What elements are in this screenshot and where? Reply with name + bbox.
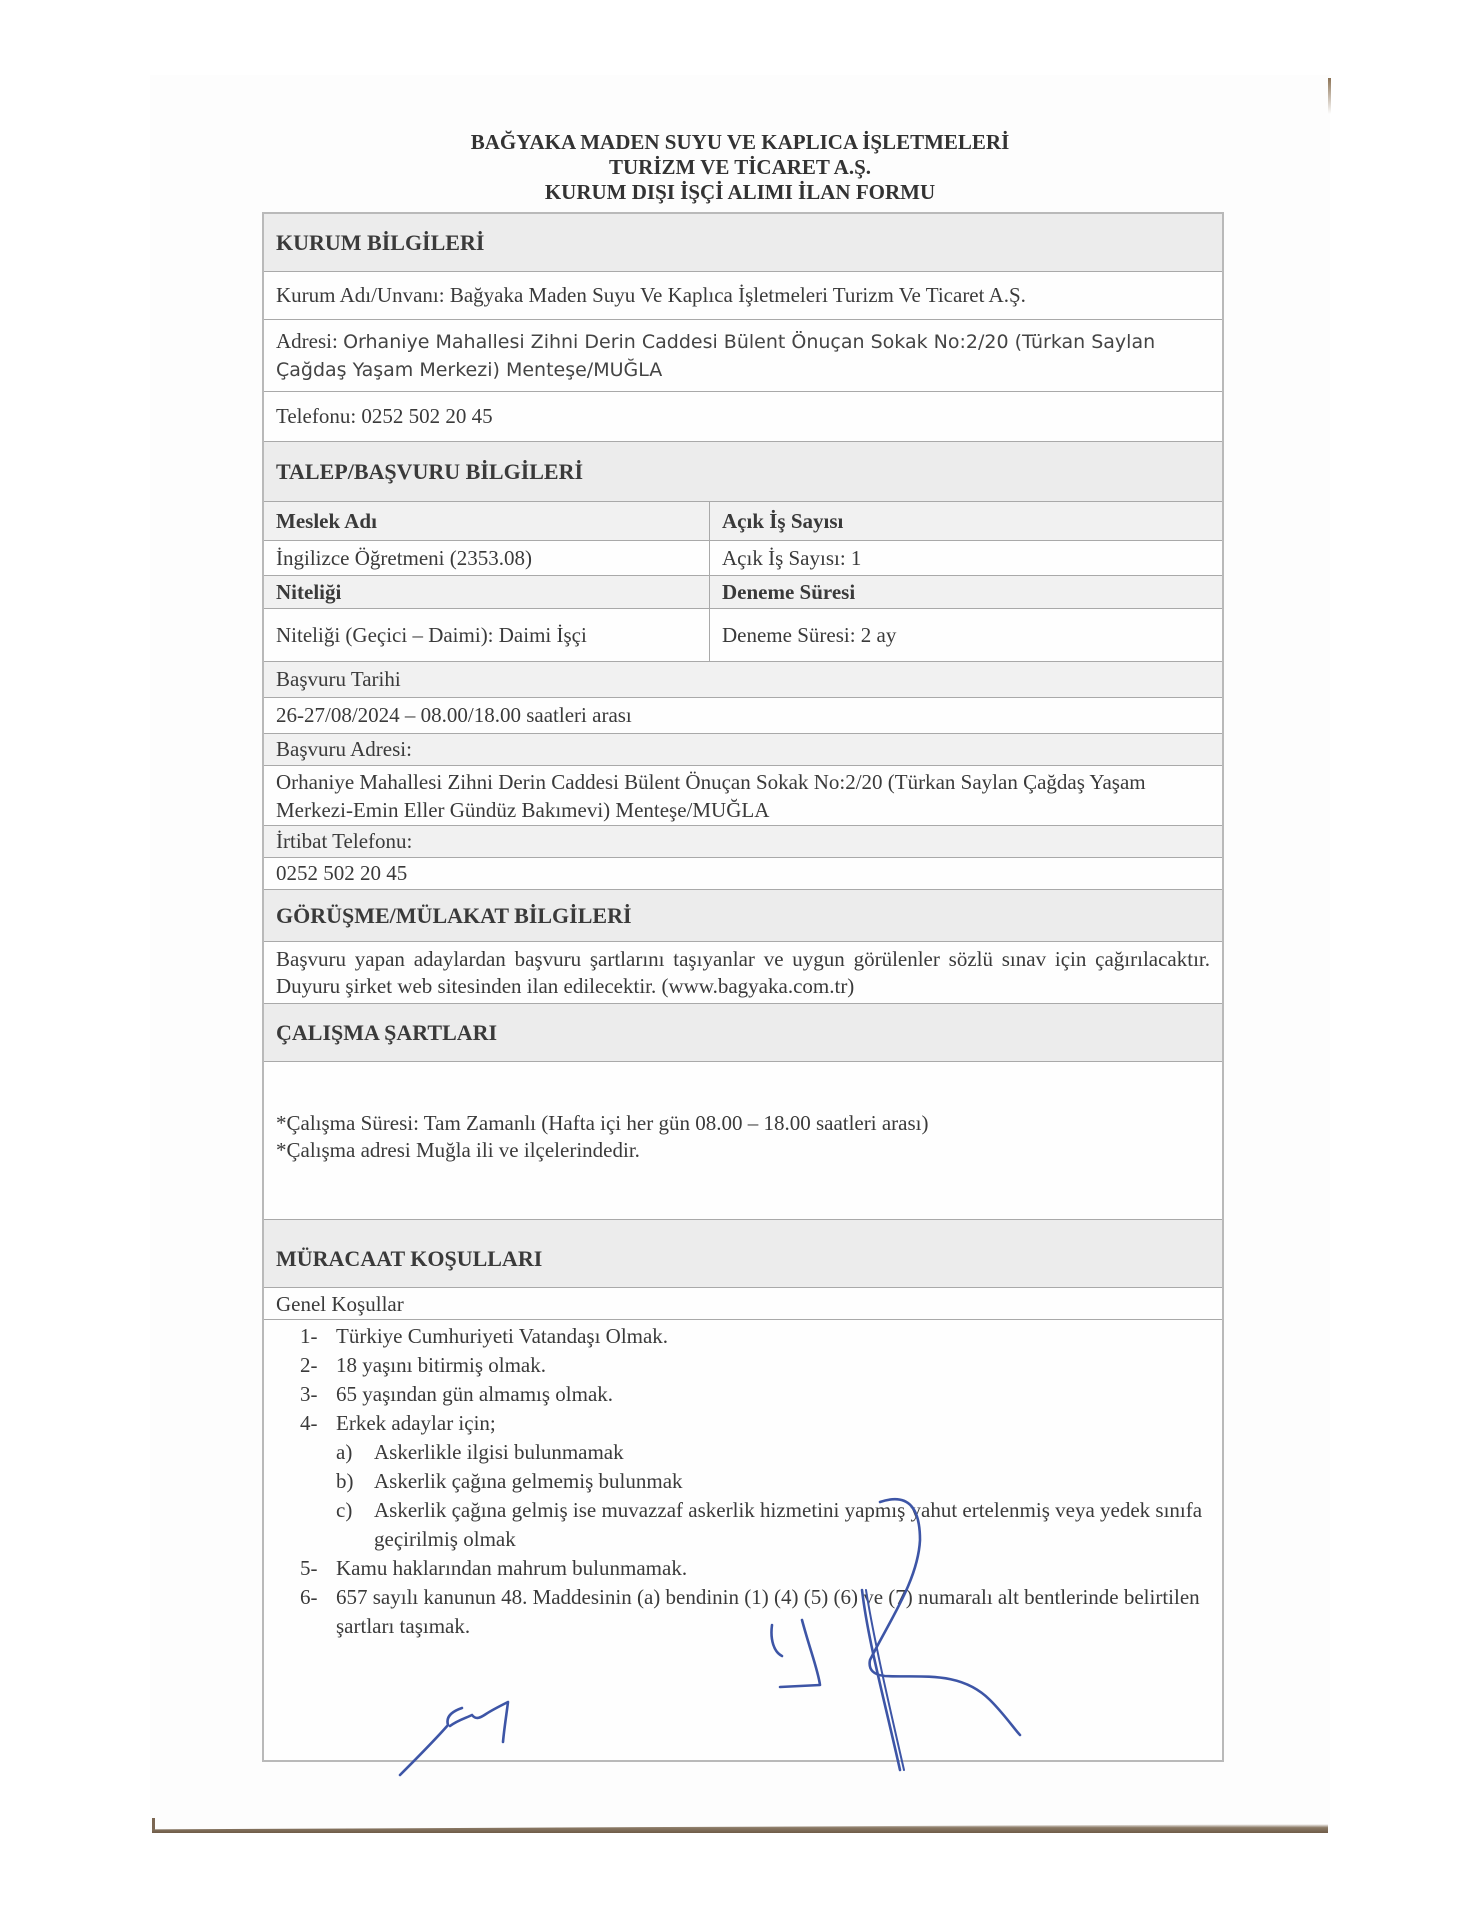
condition-item: 5-Kamu haklarından mahrum bulunmamak. [264, 1554, 1210, 1583]
military-subconditions: a)Askerlikle ilgisi bulunmamak b)Askerli… [264, 1438, 1210, 1554]
section-header-kurum: KURUM BİLGİLERİ [264, 214, 1222, 272]
value-deneme: Deneme Süresi: 2 ay [710, 609, 1222, 661]
section-header-muracaat: MÜRACAAT KOŞULLARI [264, 1220, 1222, 1288]
subcondition-item: b)Askerlik çağına gelmemiş bulunmak [264, 1467, 1210, 1496]
row-nitelik-deneme-values: Niteliği (Geçici – Daimi): Daimi İşçi De… [264, 609, 1222, 662]
address-label: Adresi: [276, 329, 343, 353]
label-acik-is: Açık İş Sayısı [710, 502, 1222, 540]
general-conditions-continued: 5-Kamu haklarından mahrum bulunmamak. 6-… [264, 1554, 1210, 1641]
label-irtibat-telefonu: İrtibat Telefonu: [264, 826, 1222, 858]
row-meslek-acik-values: İngilizce Öğretmeni (2353.08) Açık İş Sa… [264, 541, 1222, 576]
value-basvuru-tarihi: 26-27/08/2024 – 08.00/18.00 saatleri ara… [264, 698, 1222, 734]
section-header-gorusme: GÖRÜŞME/MÜLAKAT BİLGİLERİ [264, 890, 1222, 942]
working-hours: *Çalışma Süresi: Tam Zamanlı (Hafta içi … [276, 1110, 1210, 1137]
row-meslek-acik-headers: Meslek Adı Açık İş Sayısı [264, 502, 1222, 541]
value-meslek: İngilizce Öğretmeni (2353.08) [264, 541, 710, 575]
label-meslek: Meslek Adı [264, 502, 710, 540]
subcondition-item: a)Askerlikle ilgisi bulunmamak [264, 1438, 1210, 1467]
section-header-talep: TALEP/BAŞVURU BİLGİLERİ [264, 442, 1222, 502]
institution-name: Kurum Adı/Unvanı: Bağyaka Maden Suyu Ve … [264, 272, 1222, 320]
label-nitelik: Niteliği [264, 576, 710, 608]
label-basvuru-tarihi: Başvuru Tarihi [264, 662, 1222, 698]
address-value: Orhaniye Mahallesi Zihni Derin Caddesi B… [276, 331, 1155, 381]
condition-item: 6-657 sayılı kanunun 48. Maddesinin (a) … [264, 1583, 1210, 1641]
title-line-3: KURUM DIŞI İŞÇİ ALIMI İLAN FORMU [260, 180, 1220, 205]
condition-item: 4-Erkek adaylar için; [264, 1409, 1210, 1438]
working-location: *Çalışma adresi Muğla ili ve ilçelerinde… [276, 1137, 1210, 1164]
subcondition-item: c)Askerlik çağına gelmiş ise muvazzaf as… [264, 1496, 1210, 1554]
condition-item: 2-18 yaşını bitirmiş olmak. [264, 1351, 1210, 1380]
label-deneme: Deneme Süresi [710, 576, 1222, 608]
page-corner-mark [1328, 78, 1331, 114]
value-basvuru-adresi: Orhaniye Mahallesi Zihni Derin Caddesi B… [264, 766, 1222, 826]
job-posting-form: KURUM BİLGİLERİ Kurum Adı/Unvanı: Bağyak… [262, 212, 1224, 1762]
label-genel-kosullar: Genel Koşullar [264, 1288, 1222, 1320]
general-conditions: 1-Türkiye Cumhuriyeti Vatandaşı Olmak. 2… [264, 1322, 1210, 1438]
document-title: BAĞYAKA MADEN SUYU VE KAPLICA İŞLETMELER… [260, 130, 1220, 205]
value-acik-is: Açık İş Sayısı: 1 [710, 541, 1222, 575]
value-nitelik: Niteliği (Geçici – Daimi): Daimi İşçi [264, 609, 710, 661]
condition-item: 1-Türkiye Cumhuriyeti Vatandaşı Olmak. [264, 1322, 1210, 1351]
label-basvuru-adresi: Başvuru Adresi: [264, 734, 1222, 766]
conditions-list: 1-Türkiye Cumhuriyeti Vatandaşı Olmak. 2… [264, 1320, 1222, 1760]
interview-info-text: Başvuru yapan adaylardan başvuru şartlar… [264, 942, 1222, 1004]
row-nitelik-deneme-headers: Niteliği Deneme Süresi [264, 576, 1222, 609]
title-line-1: BAĞYAKA MADEN SUYU VE KAPLICA İŞLETMELER… [260, 130, 1220, 155]
condition-item: 3-65 yaşından gün almamış olmak. [264, 1380, 1210, 1409]
value-irtibat-telefonu: 0252 502 20 45 [264, 858, 1222, 890]
working-conditions: *Çalışma Süresi: Tam Zamanlı (Hafta içi … [264, 1062, 1222, 1220]
section-header-calisma: ÇALIŞMA ŞARTLARI [264, 1004, 1222, 1062]
institution-address: Adresi: Orhaniye Mahallesi Zihni Derin C… [264, 320, 1222, 392]
title-line-2: TURİZM VE TİCARET A.Ş. [260, 155, 1220, 180]
institution-phone: Telefonu: 0252 502 20 45 [264, 392, 1222, 442]
